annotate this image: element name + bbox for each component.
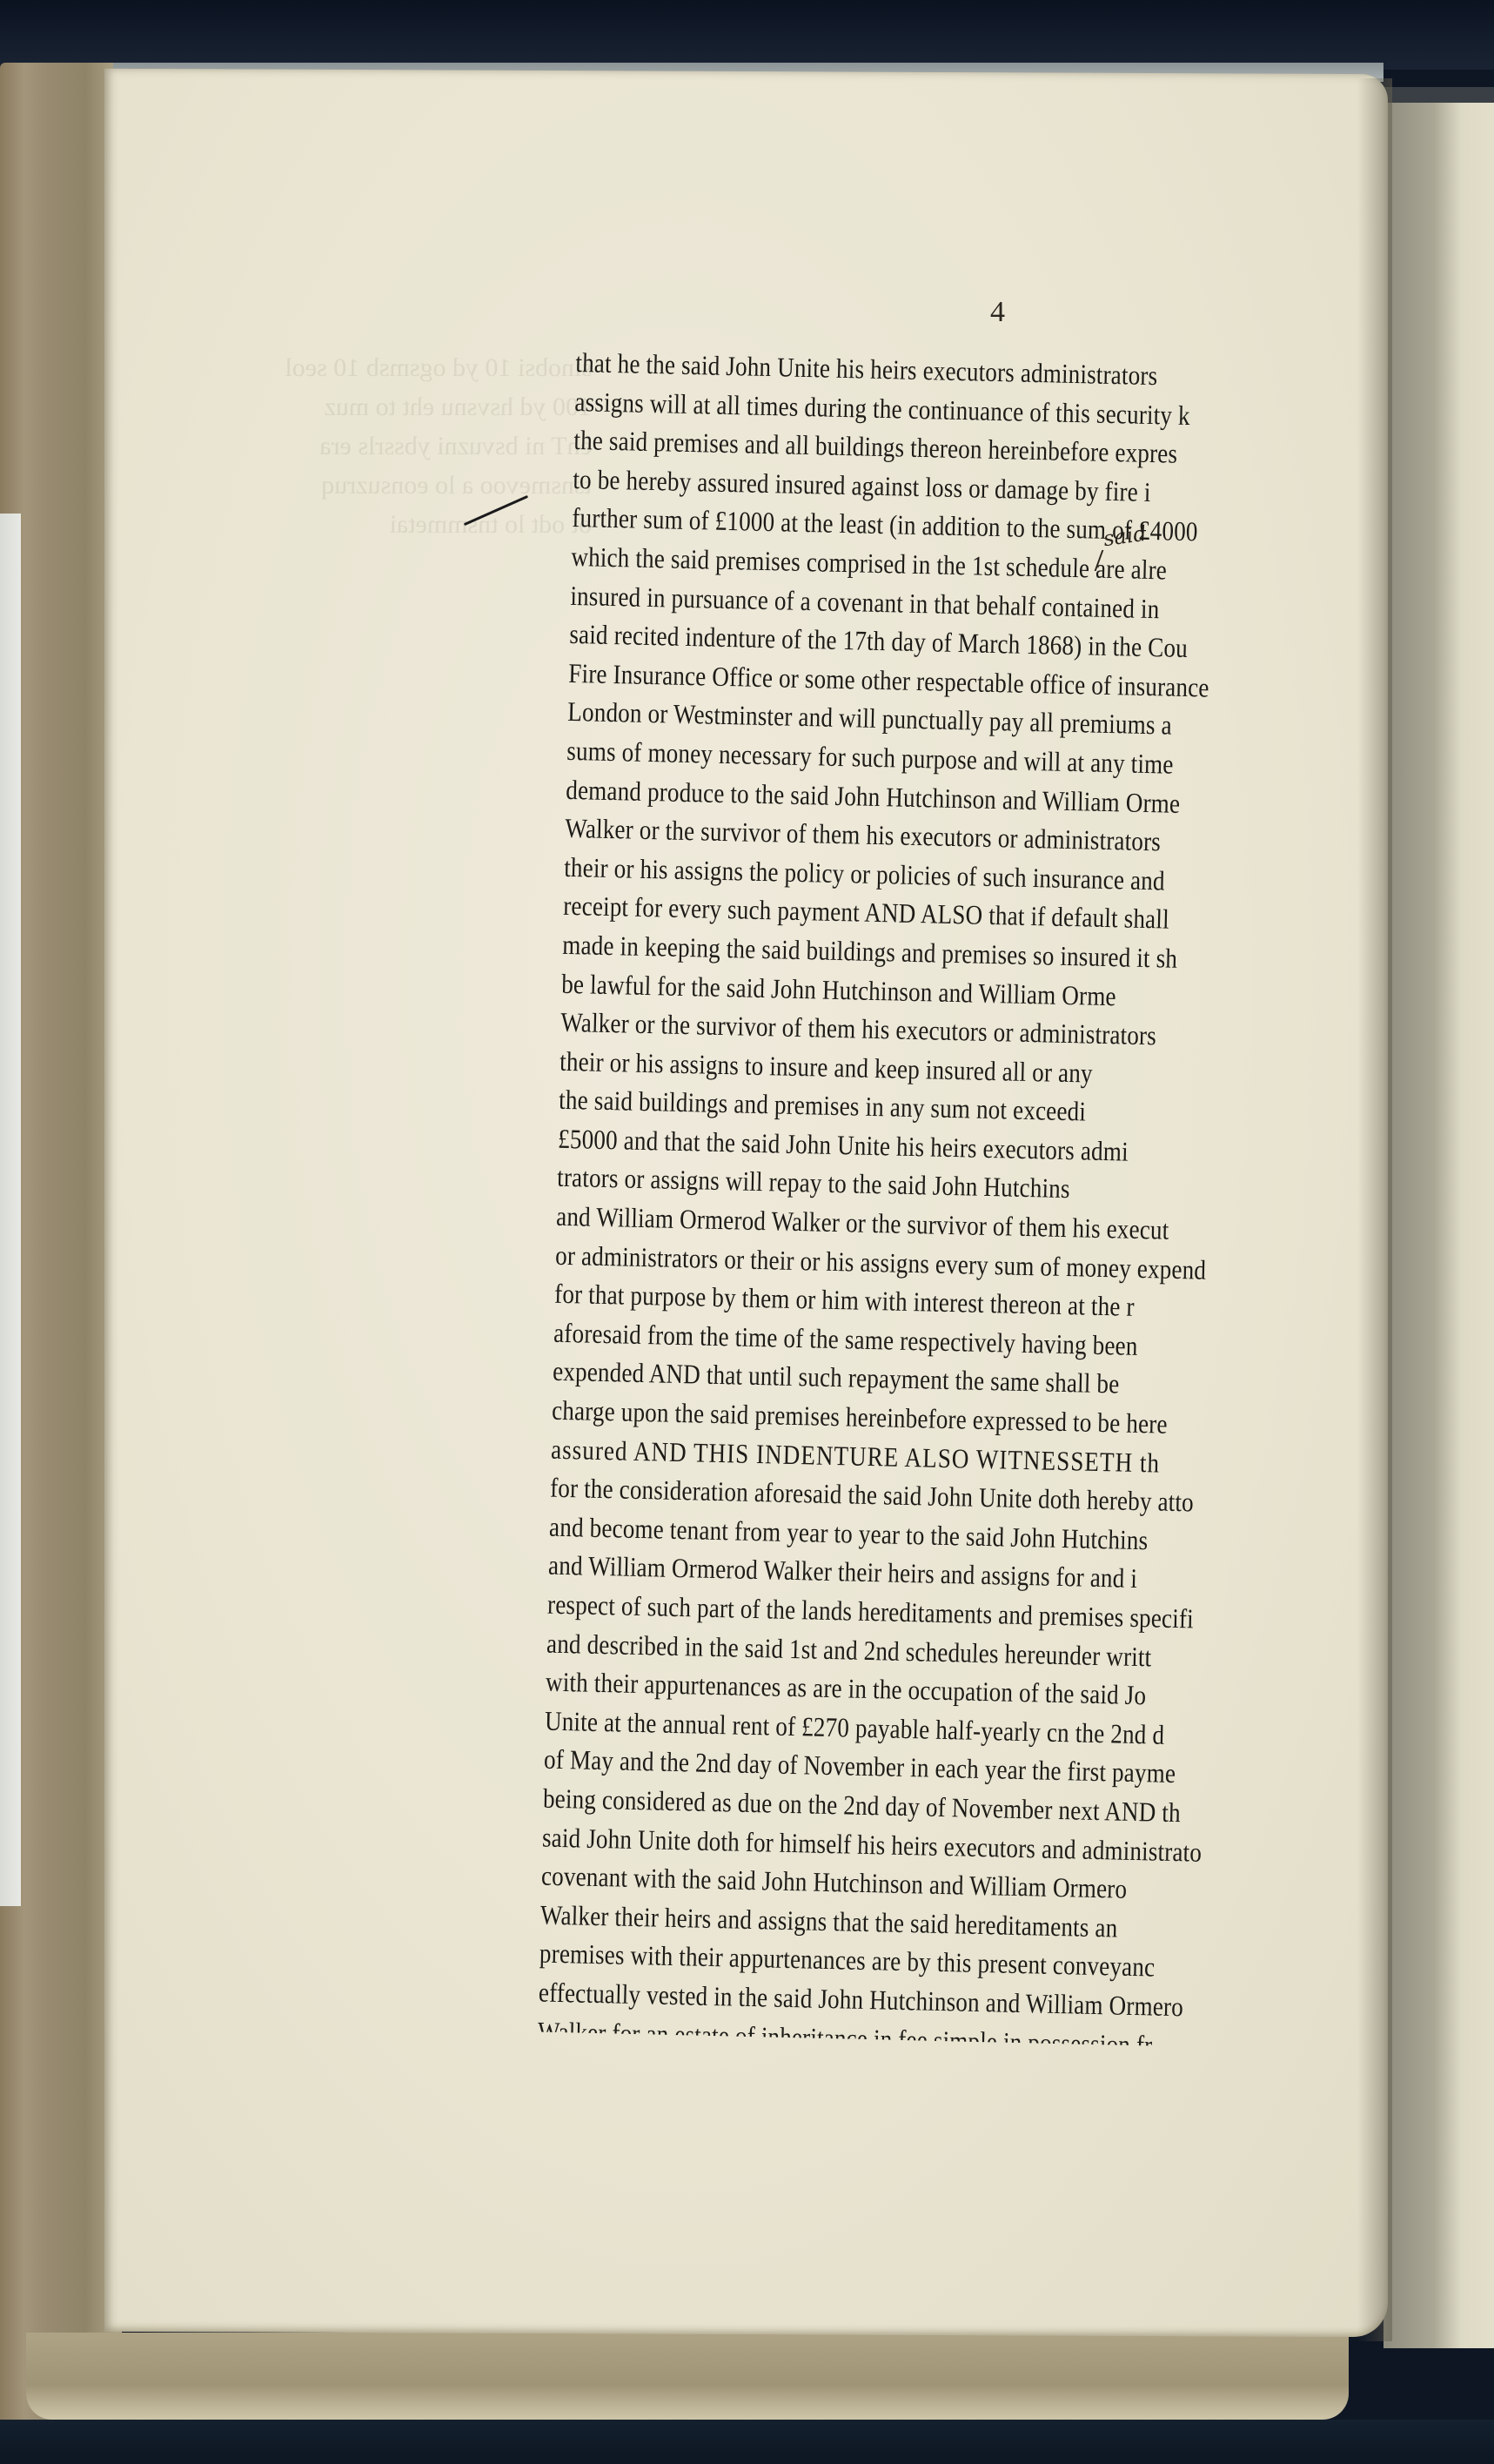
- binding-cloth-bottom: [0, 2420, 1494, 2464]
- document-body-text: that he the said John Unite his heirs ex…: [538, 344, 1385, 2051]
- next-page-edge: [1383, 103, 1494, 2348]
- show-through-text: sinobsi 10 yd ogsmsb 10 seol 100 yd hsvs…: [226, 348, 592, 544]
- binding-cloth-top: [0, 0, 1494, 70]
- left-board-strip: [0, 514, 21, 1906]
- book-board-bottom: [26, 2333, 1349, 2420]
- page-number: 4: [990, 296, 1005, 329]
